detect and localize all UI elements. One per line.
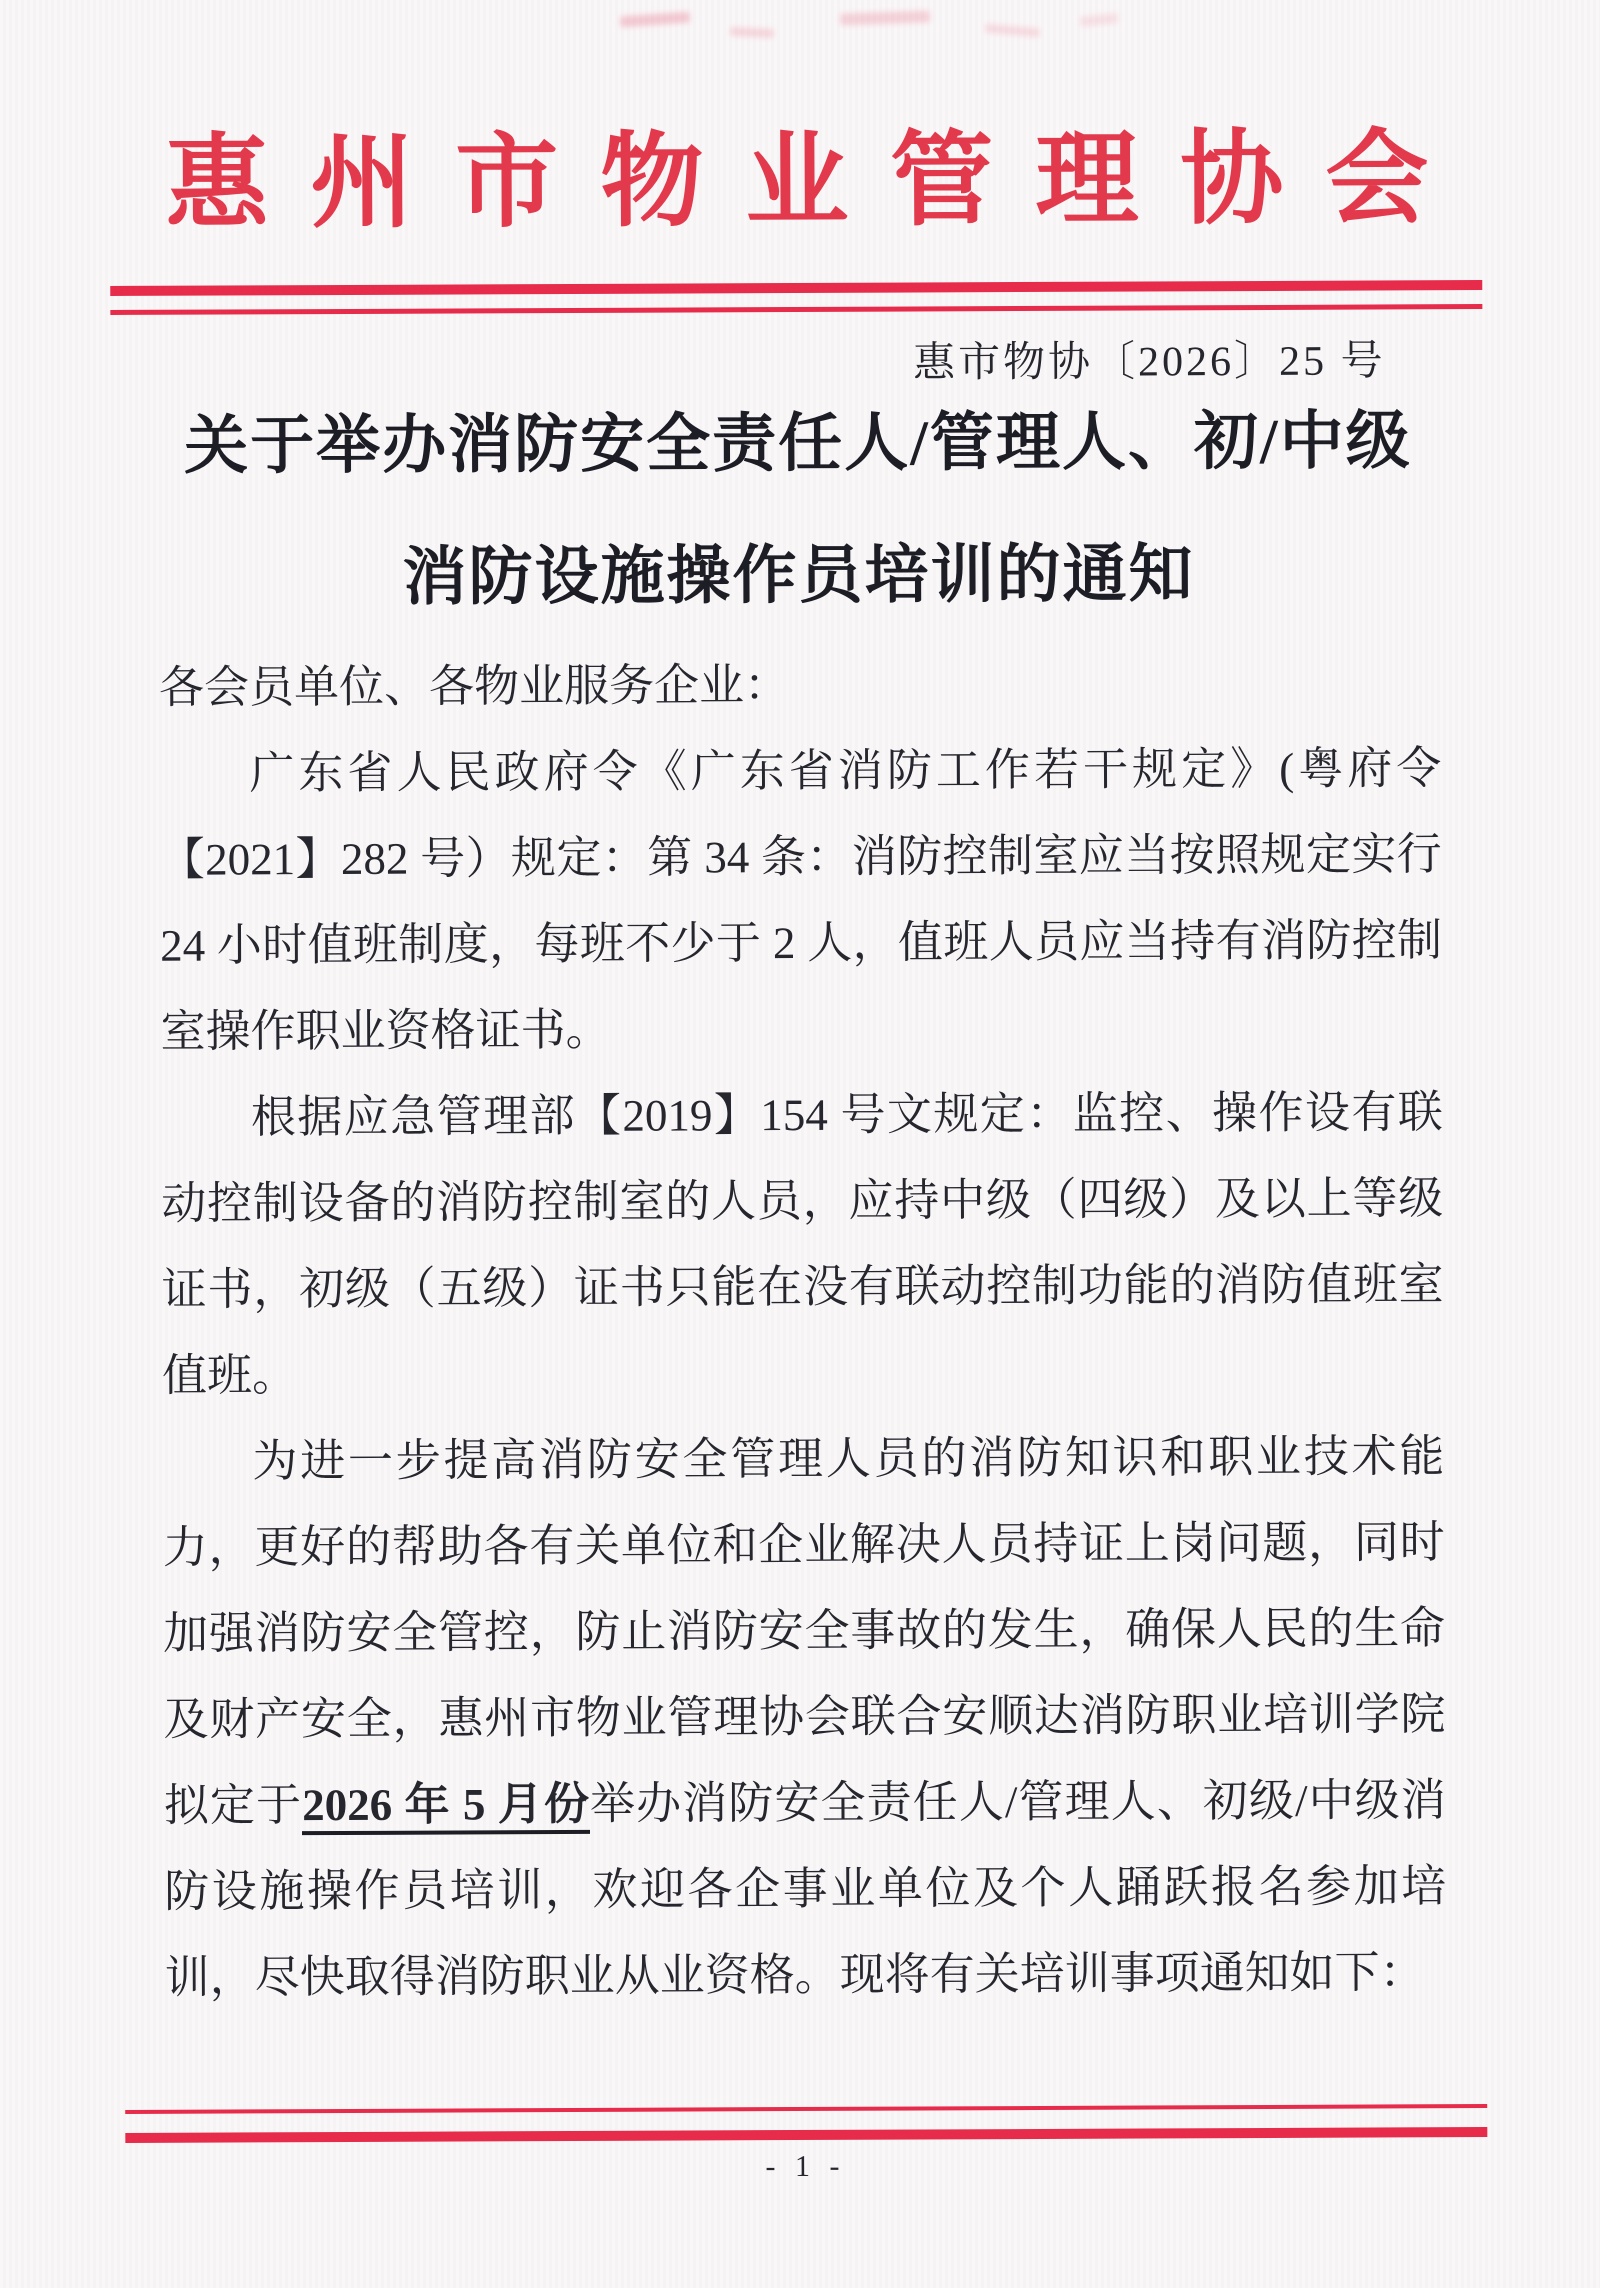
footer-rule-thin — [125, 2104, 1487, 2114]
paragraph-training-lead: 为进一步提高消防安全管理人员的消防知识和职业技术能力，更好的帮助各有关单位和企业… — [163, 1431, 1446, 1831]
header-rule-thick — [110, 280, 1482, 296]
header-rule-thin — [110, 304, 1482, 315]
salutation: 各会员单位、各物业服务企业： — [159, 639, 1441, 731]
org-title: 惠州市物业管理协会 — [0, 95, 1597, 250]
paragraph-regulation-gd: 广东省人民政府令《广东省消防工作若干规定》(粤府令【2021】282 号）规定：… — [159, 725, 1442, 1075]
page-number: - 1 - — [5, 2146, 1600, 2187]
paragraph-training-announcement: 为进一步提高消防安全管理人员的消防知识和职业技术能力，更好的帮助各有关单位和企业… — [162, 1413, 1447, 2021]
footer-rule-thick — [125, 2127, 1487, 2143]
notice-title-line1: 关于举办消防安全责任人/管理人、初/中级 — [0, 395, 1598, 494]
notice-title-line2: 消防设施操作员培训的通知 — [0, 527, 1599, 626]
notice-body: 各会员单位、各物业服务企业： 广东省人民政府令《广东省消防工作若干规定》(粤府令… — [159, 639, 1447, 2021]
paragraph-regulation-mem: 根据应急管理部【2019】154 号文规定：监控、操作设有联动控制设备的消防控制… — [161, 1069, 1444, 1419]
scanned-notice-page: 惠州市物业管理协会 惠市物协〔2026〕25 号 关于举办消防安全责任人/管理人… — [0, 0, 1600, 2288]
notice-title: 关于举办消防安全责任人/管理人、初/中级 消防设施操作员培训的通知 — [0, 395, 1599, 626]
doc-number: 惠市物协〔2026〕25 号 — [913, 327, 1386, 389]
document-content: 惠州市物业管理协会 惠市物协〔2026〕25 号 关于举办消防安全责任人/管理人… — [0, 0, 1600, 2288]
training-date-highlight: 2026 年 5 月份 — [302, 1779, 590, 1835]
